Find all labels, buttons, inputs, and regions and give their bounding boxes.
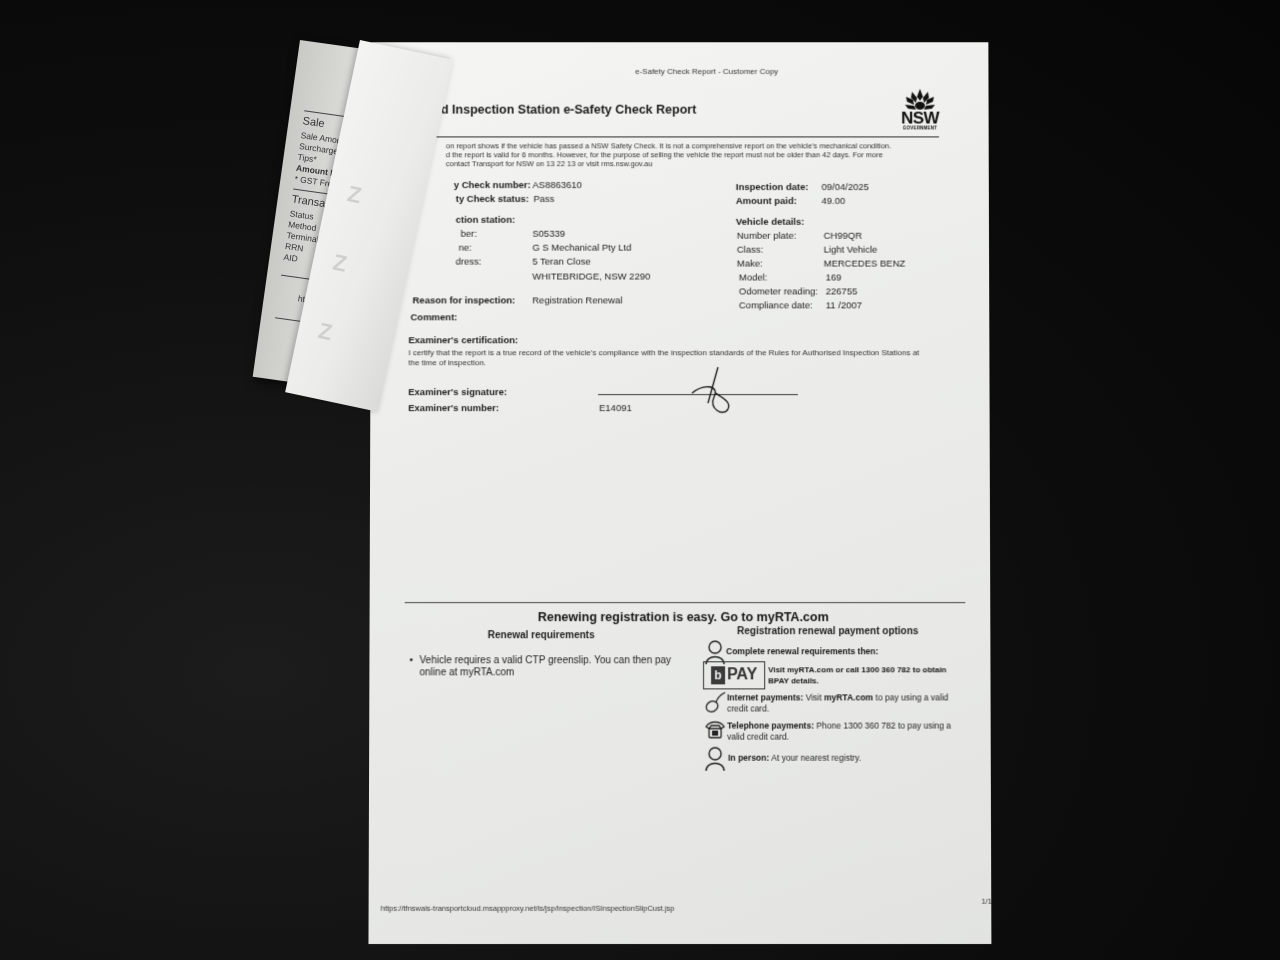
option-bold: Complete renewal requirements then: bbox=[726, 646, 878, 656]
station-number-value: S05339 bbox=[532, 229, 565, 240]
page-number: 1/1 bbox=[981, 897, 992, 906]
payment-options-heading: Registration renewal payment options bbox=[737, 626, 918, 637]
telephone-icon bbox=[704, 720, 726, 740]
reason-label: Reason for inspection: bbox=[413, 295, 516, 306]
station-name-value: G S Mechanical Pty Ltd bbox=[532, 243, 631, 254]
bpay-icon: bPAY bbox=[703, 661, 765, 689]
person-icon bbox=[704, 747, 726, 771]
certification-heading: Examiner's certification: bbox=[408, 335, 518, 346]
vehicle-detail-label: Number plate: bbox=[737, 231, 797, 242]
vehicle-detail-label: Odometer reading: bbox=[739, 286, 818, 297]
vehicle-detail-label: Compliance date: bbox=[739, 300, 813, 311]
option-bold: Telephone payments: bbox=[727, 721, 814, 731]
vehicle-detail-value: 11 /2007 bbox=[826, 300, 862, 311]
section-divider bbox=[405, 602, 966, 603]
vehicle-detail-value: Light Vehicle bbox=[824, 245, 878, 256]
logo-nsw-text: NSW bbox=[899, 111, 941, 126]
footer-url: https://tfnswais-transportcloud.msapppro… bbox=[381, 904, 675, 913]
renewal-requirements-heading: Renewal requirements bbox=[488, 630, 595, 641]
vehicle-detail-value: MERCEDES BENZ bbox=[824, 259, 906, 270]
payment-option-internet: Internet payments: Visit myRTA.com to pa… bbox=[727, 692, 963, 714]
examiner-signature bbox=[690, 365, 750, 425]
page-title: d Inspection Station e-Safety Check Repo… bbox=[441, 103, 696, 117]
check-status-label: ty Check status: bbox=[456, 194, 529, 205]
renewal-heading: Renewing registration is easy. Go to myR… bbox=[538, 610, 829, 624]
receipt-watermark: Z bbox=[330, 250, 349, 278]
waratah-icon bbox=[902, 87, 938, 111]
bpay-label: PAY bbox=[727, 666, 757, 684]
vehicle-detail-value: CH99QR bbox=[824, 231, 862, 242]
examiner-number-value: E14091 bbox=[599, 403, 632, 414]
option-bold: Visit myRTA.com or call 1300 360 782 to … bbox=[768, 665, 946, 685]
copy-label: e-Safety Check Report - Customer Copy bbox=[635, 67, 778, 76]
mouse-icon bbox=[704, 691, 726, 713]
station-address-label: dress: bbox=[456, 257, 482, 268]
option-text: Visit bbox=[803, 692, 824, 702]
intro-line: on report shows if the vehicle has passe… bbox=[446, 141, 944, 150]
vehicle-detail-label: Class: bbox=[737, 245, 763, 256]
vehicle-detail-value: 226755 bbox=[826, 286, 858, 297]
check-number-value: AS8863610 bbox=[532, 180, 582, 191]
receipt-watermark: Z bbox=[316, 318, 335, 346]
examiner-number-label: Examiner's number: bbox=[408, 403, 499, 414]
inspection-date-value: 09/04/2025 bbox=[822, 182, 869, 193]
payment-option-telephone: Telephone payments: Phone 1300 360 782 t… bbox=[727, 721, 963, 743]
inspection-date-label: Inspection date: bbox=[736, 182, 809, 193]
vehicle-details-heading: Vehicle details: bbox=[736, 217, 804, 228]
payment-option-in-person: In person: At your nearest registry. bbox=[728, 753, 861, 764]
option-text: At your nearest registry. bbox=[769, 753, 861, 763]
comment-label: Comment: bbox=[410, 312, 457, 323]
station-heading: ction station: bbox=[456, 215, 515, 226]
intro-line: contact Transport for NSW on 13 22 13 or… bbox=[446, 159, 944, 168]
nsw-government-logo: NSW GOVERNMENT bbox=[899, 87, 941, 131]
reason-value: Registration Renewal bbox=[532, 295, 622, 306]
option-bold: In person: bbox=[728, 753, 769, 763]
payment-option-bpay: Visit myRTA.com or call 1300 360 782 to … bbox=[768, 664, 968, 686]
certification-text: I certify that the report is a true reco… bbox=[408, 348, 927, 368]
requirement-text: Vehicle requires a valid CTP greenslip. … bbox=[419, 655, 671, 678]
requirement-item: • Vehicle requires a valid CTP greenslip… bbox=[419, 655, 690, 679]
station-name-label: ne: bbox=[459, 243, 472, 254]
station-number-label: ber: bbox=[461, 229, 477, 240]
check-status-value: Pass bbox=[533, 194, 554, 205]
intro-text: on report shows if the vehicle has passe… bbox=[446, 141, 944, 168]
option-bold: Internet payments: bbox=[727, 692, 803, 702]
signature-label: Examiner's signature: bbox=[408, 387, 507, 398]
check-number-label: y Check number: bbox=[454, 180, 531, 191]
station-address-line1: 5 Teran Close bbox=[532, 257, 590, 268]
vehicle-detail-value: 169 bbox=[826, 273, 842, 284]
payment-option-complete: Complete renewal requirements then: bbox=[726, 646, 878, 657]
amount-paid-label: Amount paid: bbox=[736, 196, 797, 207]
station-address-line2: WHITEBRIDGE, NSW 2290 bbox=[532, 272, 650, 283]
amount-paid-value: 49.00 bbox=[822, 196, 846, 207]
bullet-icon: • bbox=[409, 655, 413, 667]
safety-check-report: e-Safety Check Report - Customer Copy d … bbox=[368, 42, 991, 944]
receipt-watermark: Z bbox=[345, 181, 364, 209]
intro-line: d the report is valid for 6 months. Howe… bbox=[446, 150, 944, 159]
myrta-link[interactable]: myRTA.com bbox=[824, 692, 873, 702]
logo-government-text: GOVERNMENT bbox=[899, 126, 941, 131]
vehicle-detail-label: Model: bbox=[739, 273, 767, 284]
vehicle-detail-label: Make: bbox=[737, 259, 763, 270]
